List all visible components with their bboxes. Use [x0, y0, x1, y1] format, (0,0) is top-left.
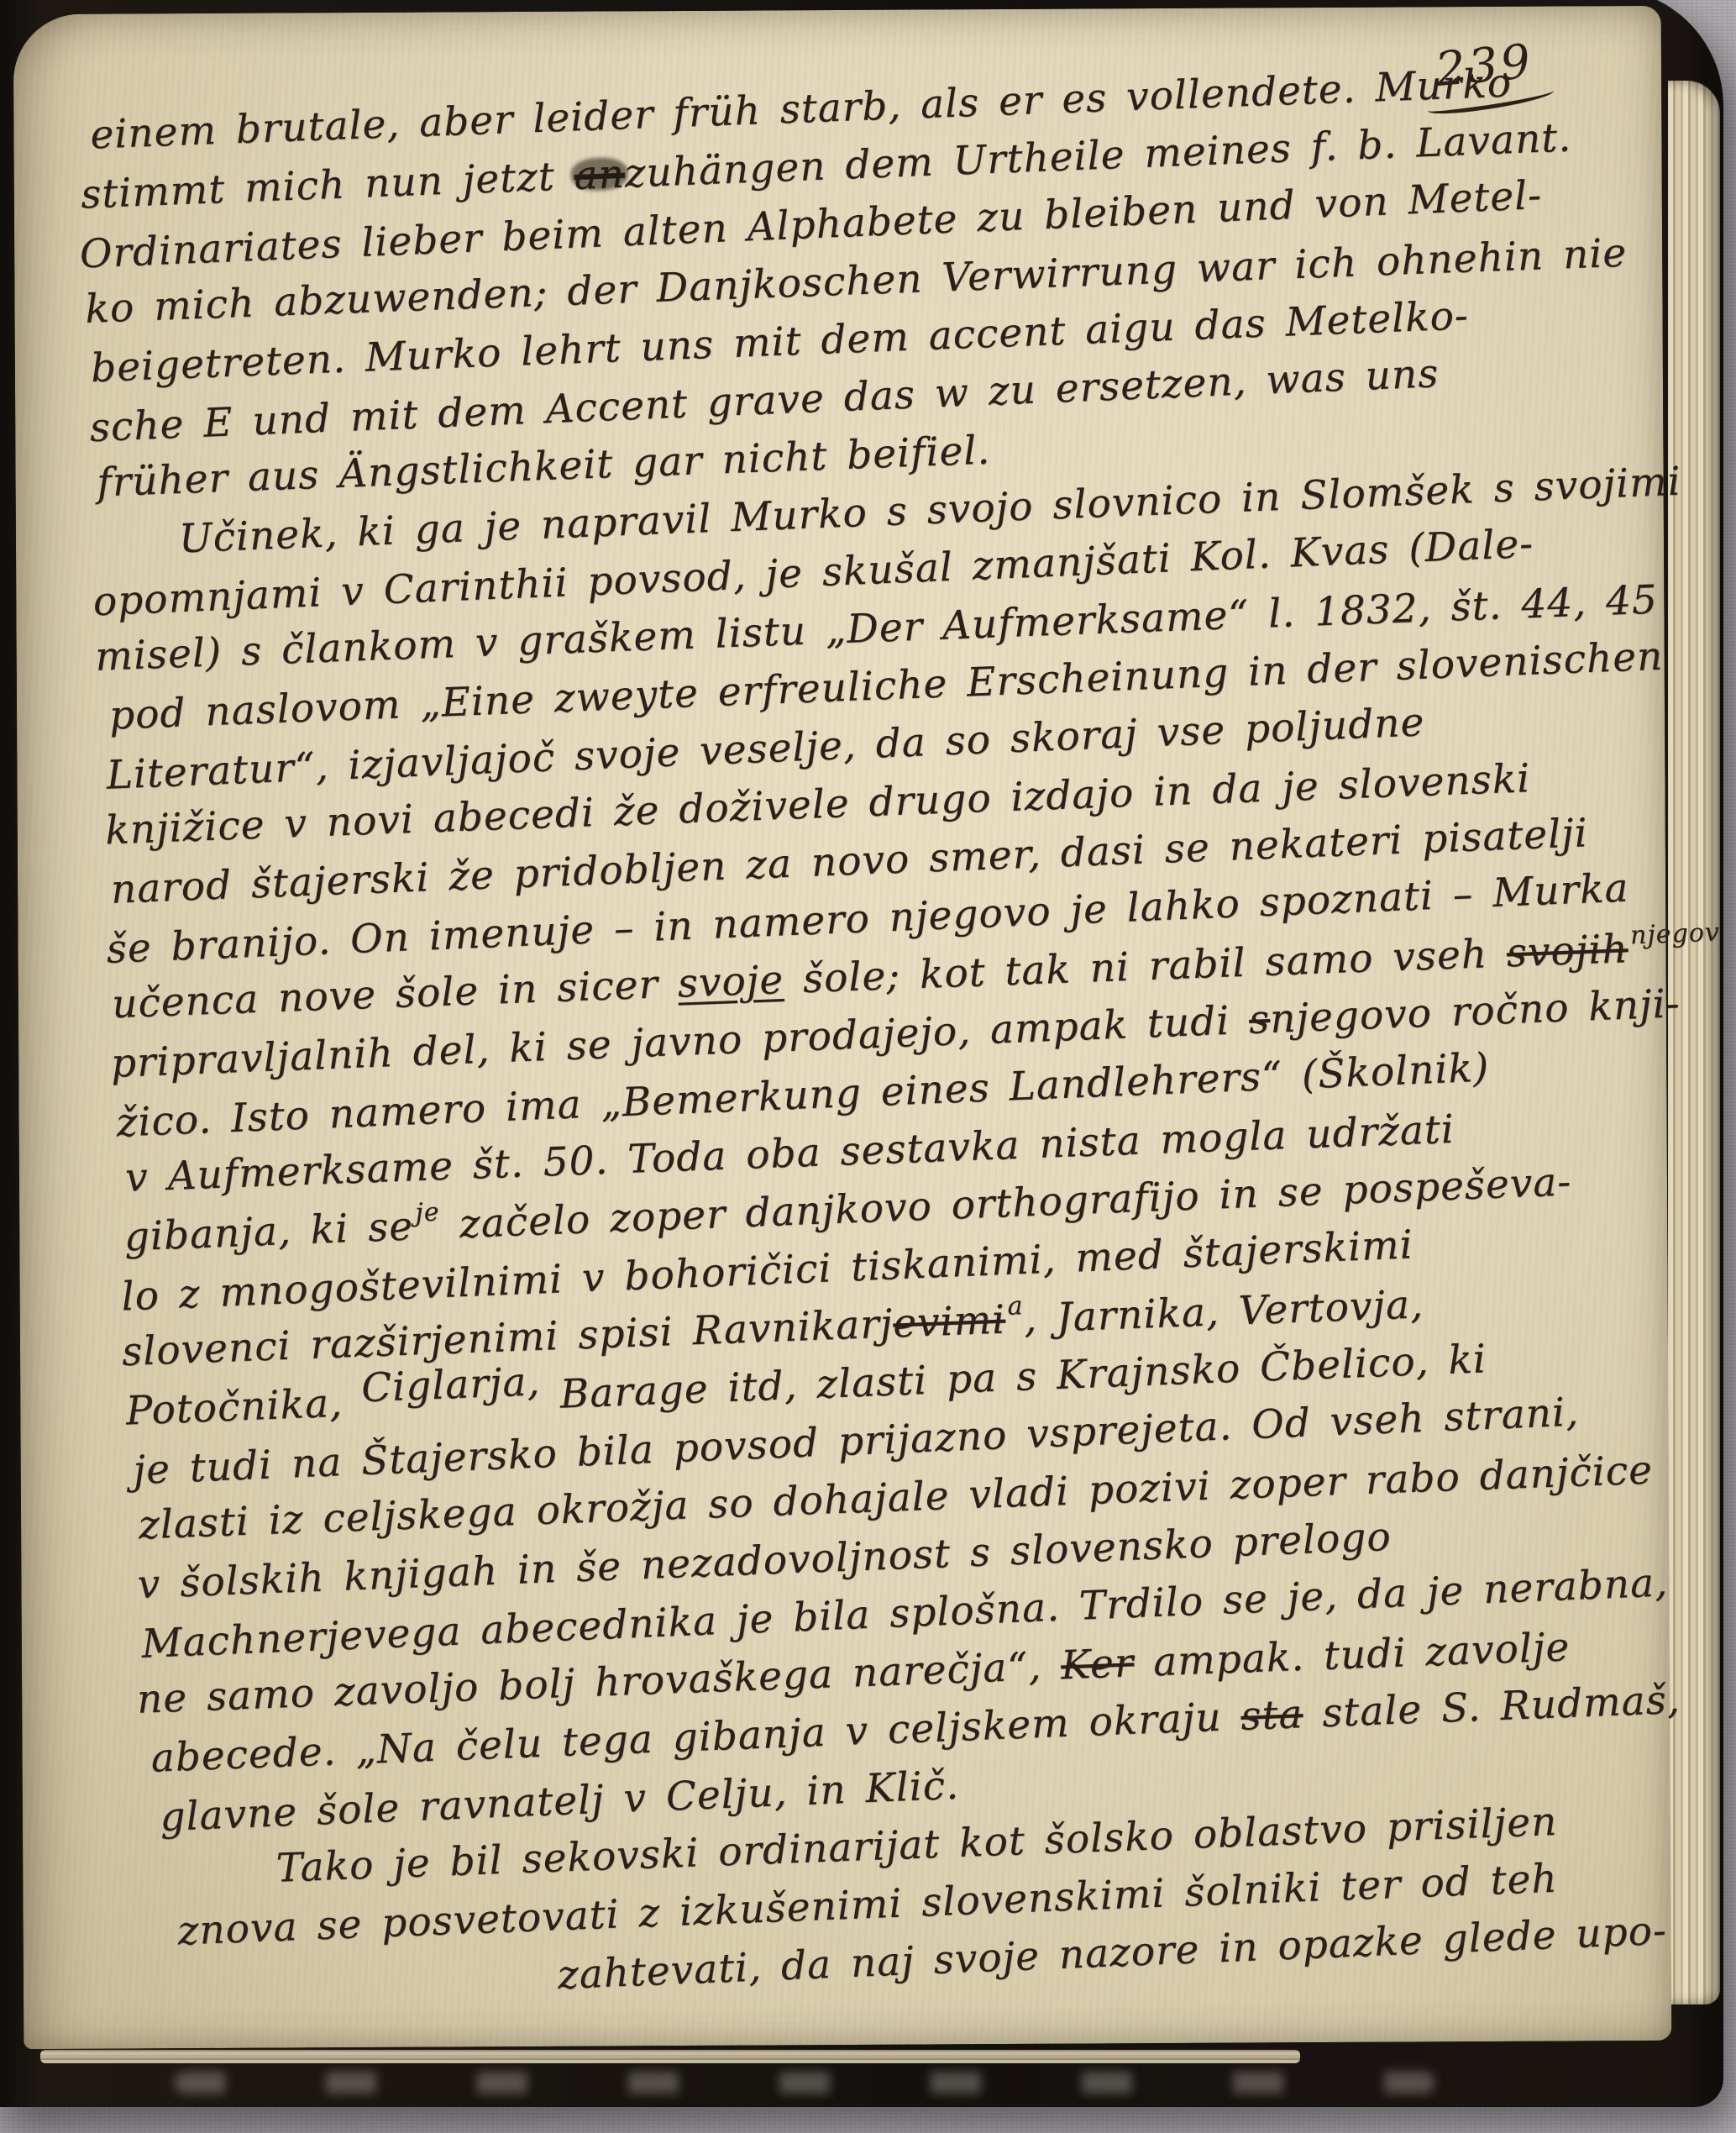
- handwriting-segment: evimi: [892, 1297, 1006, 1348]
- handwriting-segment: svoje: [677, 957, 784, 1007]
- handwriting-segment: a: [1006, 1277, 1024, 1336]
- manuscript-page: 239 einem brutale, aber leider früh star…: [13, 6, 1672, 2049]
- handwriting-segment: sta: [1240, 1691, 1303, 1740]
- handwriting-segment: Ciglarja,: [360, 1353, 542, 1417]
- handwritten-text: einem brutale, aber leider früh starb, a…: [74, 50, 1653, 2020]
- desk-background: 239 einem brutale, aber leider früh star…: [0, 0, 1736, 2133]
- handwriting-segment: Potočnika,: [125, 1379, 363, 1435]
- handwriting-segment: an: [573, 151, 625, 199]
- handwriting-segment: s: [1248, 996, 1271, 1043]
- handwriting-segment: gibanja, ki se: [123, 1203, 414, 1260]
- handwriting-segment: ampak. tudi zavolje: [1133, 1624, 1571, 1686]
- handwriting-segment: , Jarnika, Vertovja,: [1023, 1281, 1424, 1342]
- handwriting-segment: stale S. Rudmaš,: [1302, 1677, 1681, 1737]
- handwriting-segment: je: [414, 1183, 441, 1242]
- handwriting-segment: Ker: [1060, 1640, 1135, 1689]
- page-edge-bottom: [40, 2050, 1300, 2063]
- handwriting-segment: njegovo ročno knji-: [1269, 980, 1681, 1043]
- book-binding: 239 einem brutale, aber leider früh star…: [0, 0, 1723, 2107]
- handwriting-segment: svojih: [1506, 926, 1629, 976]
- handwriting-segment: njegov: [1629, 903, 1721, 964]
